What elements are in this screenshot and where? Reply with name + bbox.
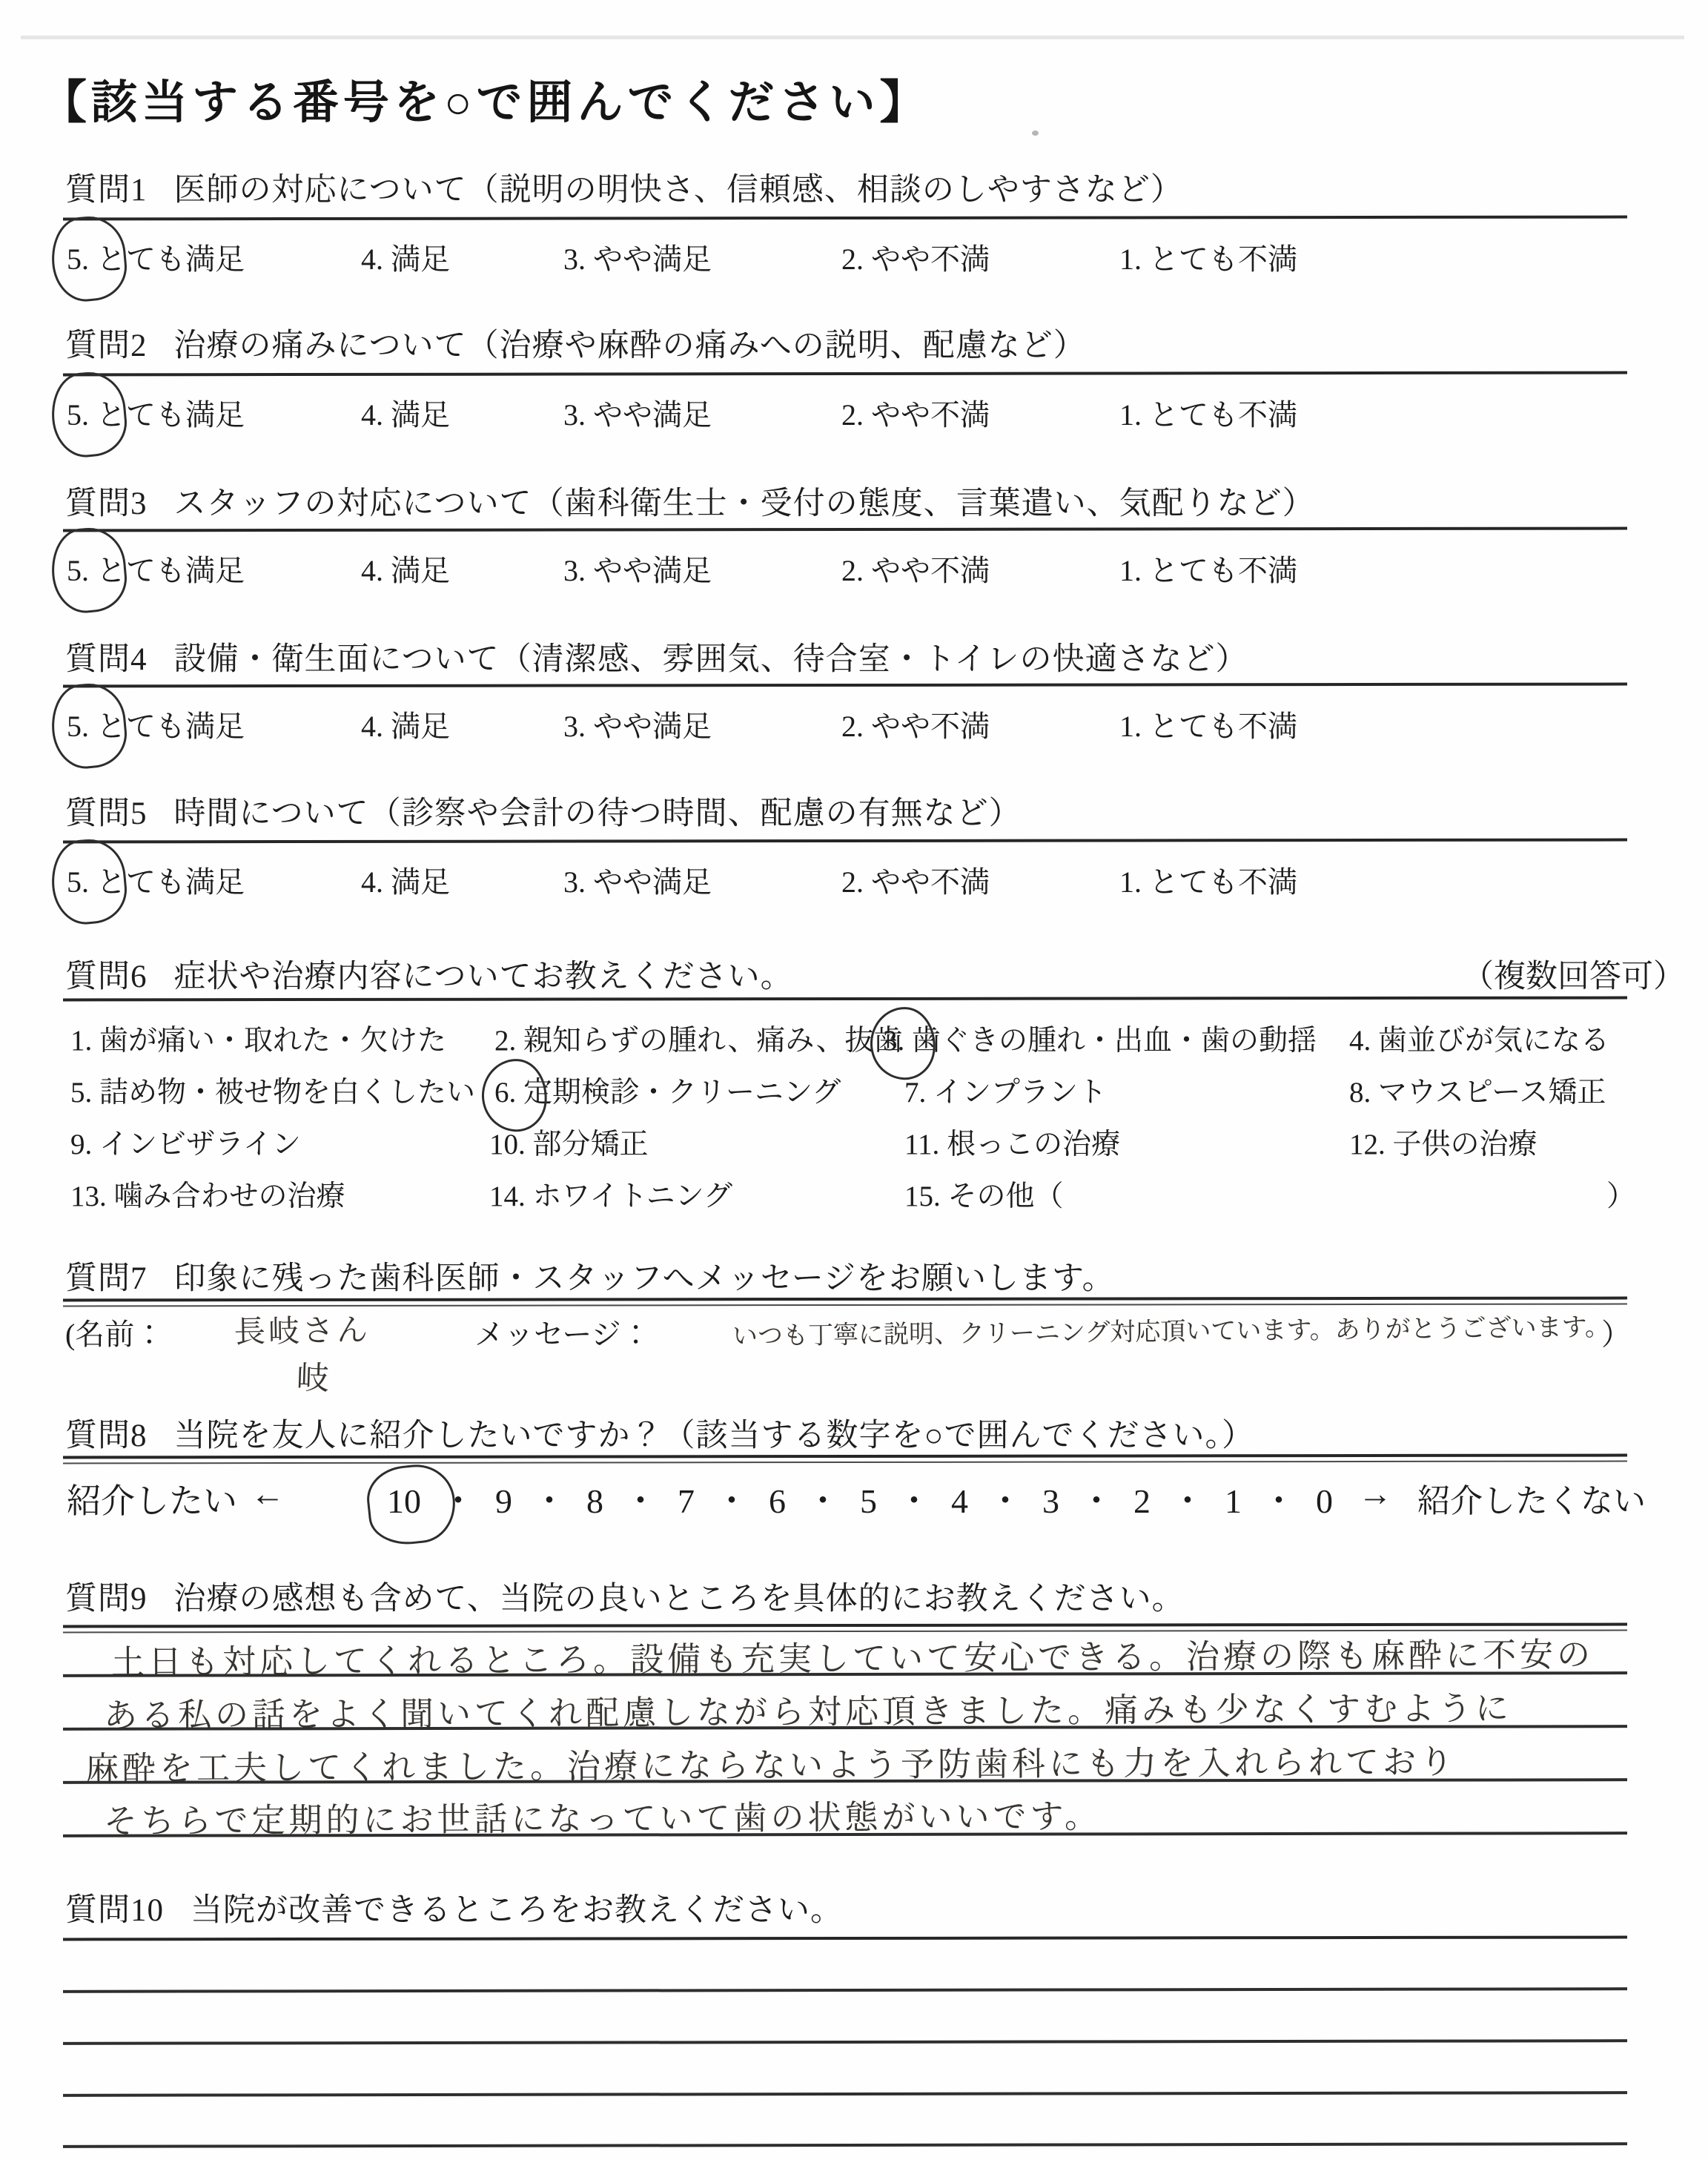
answer-rule-line <box>63 2091 1627 2097</box>
q8-right-label: 紹介したくない <box>1417 1474 1646 1522</box>
question1-option-5: 5. とても満足 <box>67 236 245 278</box>
q8-separator: ・ <box>988 1474 1022 1523</box>
divider-line <box>63 683 1627 688</box>
q6-item-label: 子供の治療 <box>1393 1129 1537 1160</box>
option-label: やや不満 <box>871 865 990 899</box>
question5-id: 質問5 <box>65 796 148 831</box>
q6-item-label: 親知らずの腫れ、痛み、抜歯 <box>523 1025 903 1057</box>
question3-option-1: 1. とても不満 <box>1119 547 1297 589</box>
question1-options-row: 5. とても満足 4. 満足 3. やや満足 2. やや不満 1. とても不満 <box>65 236 1637 282</box>
q8-number-1: 1 <box>1225 1482 1242 1521</box>
q6-item-8: 8. マウスピース矯正 <box>1349 1069 1606 1111</box>
q8-left-arrow: ← <box>251 1474 285 1513</box>
question5-options-row: 5. とても満足 4. 満足 3. やや満足 2. やや不満 1. とても不満 <box>65 859 1637 905</box>
question2-options-row: 5. とても満足 4. 満足 3. やや満足 2. やや不満 1. とても不満 <box>65 392 1637 437</box>
question1-option-2: 2. やや不満 <box>841 236 990 278</box>
question4-options-row: 5. とても満足 4. 満足 3. やや満足 2. やや不満 1. とても不満 <box>65 703 1637 749</box>
q6-item-14: 14. ホワイトニング <box>489 1173 732 1215</box>
q8-number-7: 7 <box>678 1482 695 1521</box>
q6-item-label: 歯並びが気になる <box>1378 1025 1609 1057</box>
question9-title: 質問9治療の感想も含めて、当院の良いところを具体的にお教えください。 <box>65 1573 1185 1619</box>
divider-line <box>63 371 1627 377</box>
question5-option-2: 2. やや不満 <box>841 859 990 901</box>
question4-option-4: 4. 満足 <box>361 703 450 745</box>
q8-number-9: 9 <box>495 1482 512 1521</box>
q8-separator: ・ <box>1079 1474 1113 1523</box>
question5-text: 時間について（診察や会計の待つ時間、配慮の有無など） <box>174 796 1022 831</box>
question8-title: 質問8当院を友人に紹介したいですか？（該当する数字を○で囲んでください。） <box>65 1410 1254 1456</box>
question5-option-4: 4. 満足 <box>361 859 450 901</box>
question4-option-1: 1. とても不満 <box>1119 703 1297 745</box>
q6-other-close-paren: ） <box>1606 1173 1635 1215</box>
divider-line <box>63 997 1627 1002</box>
question1-title: 質問1医師の対応について（説明の明快さ、信頼感、相談のしやすさなど） <box>65 165 1183 210</box>
divider-line <box>63 1454 1627 1464</box>
question1-circle-mark: 5. <box>67 242 89 277</box>
option-label: やや不満 <box>871 710 990 743</box>
q6-item-13: 13. 噛み合わせの治療 <box>70 1173 345 1215</box>
question5-option-3: 3. やや満足 <box>563 859 712 901</box>
question2-circle-mark: 5. <box>67 397 89 432</box>
q6-item-1: 1. 歯が痛い・取れた・欠けた <box>70 1017 446 1059</box>
question2-option-5: 5. とても満足 <box>67 392 245 434</box>
q6-item-label: 部分矯正 <box>533 1129 649 1160</box>
question10-id: 質問10 <box>65 1893 164 1928</box>
q7-name-prefix: (名前： <box>65 1311 164 1353</box>
question4-id: 質問4 <box>65 642 148 677</box>
q8-separator: ・ <box>1171 1474 1205 1523</box>
option-label: 満足 <box>391 242 450 276</box>
q6-item-5: 5. 詰め物・被せ物を白くしたい <box>70 1069 475 1111</box>
option-label: とても不満 <box>1149 710 1297 743</box>
question1-option-4: 4. 満足 <box>361 236 450 278</box>
question4-title: 質問4設備・衛生面について（清潔感、雰囲気、待合室・トイレの快適さなど） <box>65 634 1248 679</box>
q8-number-4: 4 <box>951 1482 968 1521</box>
q6-item-15: 15. その他（ <box>904 1173 1064 1215</box>
q6-item-9: 9. インビザライン <box>70 1121 301 1163</box>
q7-message-handwritten: いつも丁寧に説明、クリーニング対応頂いています。ありがとうございます。 <box>732 1307 1610 1352</box>
q8-number-8: 8 <box>586 1482 603 1521</box>
q7-close-paren: ） <box>1601 1311 1631 1353</box>
answer-rule-line <box>63 1987 1627 1993</box>
question2-option-2: 2. やや不満 <box>841 392 990 434</box>
q8-number-5: 5 <box>860 1482 877 1521</box>
question4-option-2: 2. やや不満 <box>841 703 990 745</box>
question7-id: 質問7 <box>65 1261 148 1296</box>
q6-item-12: 12. 子供の治療 <box>1349 1121 1537 1163</box>
q7-name-handwritten: 長岐さん <box>234 1305 371 1352</box>
divider-line <box>63 527 1627 532</box>
question1-option-1: 1. とても不満 <box>1119 236 1297 278</box>
q6-item-label: 定期検診・クリーニング <box>523 1077 841 1109</box>
question6-id: 質問6 <box>65 960 148 994</box>
option-label: やや満足 <box>593 398 712 432</box>
answer-rule-line <box>63 2039 1627 2045</box>
survey-scan-page: 【該当する番号を○で囲んでください】 質問1医師の対応について（説明の明快さ、信… <box>0 0 1708 2160</box>
question2-option-3: 3. やや満足 <box>563 392 712 434</box>
q6-item-11: 11. 根っこの治療 <box>904 1121 1120 1163</box>
option-label: やや満足 <box>593 710 712 743</box>
question3-option-3: 3. やや満足 <box>563 547 712 589</box>
question4-text: 設備・衛生面について（清潔感、雰囲気、待合室・トイレの快適さなど） <box>174 642 1248 677</box>
question6-note: （複数回答可） <box>1462 951 1685 997</box>
option-label: 満足 <box>391 865 450 899</box>
question3-id: 質問3 <box>65 486 148 521</box>
answer-rule-line <box>63 2142 1627 2148</box>
question2-option-4: 4. 満足 <box>361 392 450 434</box>
option-label: やや不満 <box>871 398 990 432</box>
q6-item-6-circle-mark: 6. <box>494 1076 516 1109</box>
option-label: とても不満 <box>1149 865 1297 899</box>
question2-title: 質問2治療の痛みについて（治療や麻酔の痛みへの説明、配慮など） <box>65 320 1086 366</box>
question5-circle-mark: 5. <box>67 865 89 899</box>
question10-title: 質問10当院が改善できるところをお教えください。 <box>65 1885 843 1930</box>
question4-circle-mark: 5. <box>67 709 89 744</box>
q8-number-6: 6 <box>769 1482 786 1521</box>
q6-item-7: 7. インプラント <box>904 1069 1107 1111</box>
q6-item-label: インプラント <box>933 1077 1107 1109</box>
q7-message-prefix: メッセージ： <box>474 1311 651 1353</box>
scan-artifact-dot <box>1032 131 1039 136</box>
q6-item-label: 歯が痛い・取れた・欠けた <box>99 1025 446 1057</box>
question2-text: 治療の痛みについて（治療や麻酔の痛みへの説明、配慮など） <box>174 328 1086 363</box>
scan-artifact-line <box>21 36 1684 39</box>
question5-option-1: 1. とても不満 <box>1119 859 1297 901</box>
q8-number-0: 0 <box>1316 1482 1333 1521</box>
question7-title: 質問7印象に残った歯科医師・スタッフへメッセージをお願いします。 <box>65 1253 1115 1298</box>
q8-separator: ・ <box>897 1474 931 1523</box>
q8-separator: ・ <box>532 1474 566 1523</box>
divider-line <box>63 1297 1627 1307</box>
q7-name-correction-handwritten: 岐 <box>296 1350 330 1398</box>
question5-title: 質問5時間について（診察や会計の待つ時間、配慮の有無など） <box>65 788 1022 833</box>
question4-option-3: 3. やや満足 <box>563 703 712 745</box>
q6-item-2: 2. 親知らずの腫れ、痛み、抜歯 <box>494 1017 903 1059</box>
option-label: とても不満 <box>1149 398 1297 432</box>
option-label: 満足 <box>391 554 450 587</box>
option-label: とても不満 <box>1149 554 1297 587</box>
question4-option-5: 5. とても満足 <box>67 703 245 745</box>
q8-separator: ・ <box>715 1474 749 1523</box>
q6-item-label: マウスピース矯正 <box>1378 1077 1606 1109</box>
question3-text: スタッフの対応について（歯科衛生士・受付の態度、言葉遣い、気配りなど） <box>174 486 1315 521</box>
question7-text: 印象に残った歯科医師・スタッフへメッセージをお願いします。 <box>174 1261 1115 1296</box>
q6-item-label: その他（ <box>948 1180 1064 1212</box>
q6-item-4: 4. 歯並びが気になる <box>1349 1017 1609 1059</box>
divider-line <box>63 1936 1627 1941</box>
q8-number-scale: 10 ・ 9 ・ 8 ・ 7 ・ 6 ・ 5 ・ 4 ・ 3 ・ 2 ・ 1 ・… <box>387 1474 1333 1523</box>
q6-item-10: 10. 部分矯正 <box>489 1121 649 1163</box>
question3-option-2: 2. やや不満 <box>841 547 990 589</box>
option-label: やや不満 <box>871 554 990 587</box>
question3-option-5: 5. とても満足 <box>67 547 245 589</box>
question6-text: 症状や治療内容についてお教えください。 <box>174 960 793 994</box>
option-label: やや満足 <box>593 865 712 899</box>
q6-item-6: 6. 定期検診・クリーニング <box>494 1069 841 1111</box>
option-label: 満足 <box>391 710 450 743</box>
q6-item-label: 噛み合わせの治療 <box>114 1180 345 1212</box>
q8-separator: ・ <box>1262 1474 1296 1523</box>
q6-item-label: 詰め物・被せ物を白くしたい <box>99 1077 475 1109</box>
question3-title: 質問3スタッフの対応について（歯科衛生士・受付の態度、言葉遣い、気配りなど） <box>65 478 1315 524</box>
q6-item-label: ホワイトニング <box>533 1180 733 1212</box>
question3-options-row: 5. とても満足 4. 満足 3. やや満足 2. やや不満 1. とても不満 <box>65 547 1637 593</box>
question10-text: 当院が改善できるところをお教えください。 <box>191 1893 843 1928</box>
q8-right-arrow: → <box>1358 1474 1392 1513</box>
divider-line <box>63 216 1627 221</box>
divider-line <box>63 839 1627 844</box>
q6-item-3: 3. 歯ぐきの腫れ・出血・歯の動揺 <box>883 1017 1317 1059</box>
question6-title: 質問6症状や治療内容についてお教えください。 <box>65 951 793 997</box>
question8-text: 当院を友人に紹介したいですか？（該当する数字を○で囲んでください。） <box>174 1418 1254 1453</box>
q6-item-label: 根っこの治療 <box>947 1129 1120 1160</box>
option-label: 満足 <box>391 398 450 432</box>
q8-left-label: 紹介したい <box>67 1474 237 1523</box>
question5-option-5: 5. とても満足 <box>67 859 245 901</box>
q8-number-3: 3 <box>1042 1482 1059 1521</box>
question9-text: 治療の感想も含めて、当院の良いところを具体的にお教えください。 <box>174 1582 1185 1616</box>
q6-item-label: 歯ぐきの腫れ・出血・歯の動揺 <box>912 1025 1317 1057</box>
question1-id: 質問1 <box>65 173 148 208</box>
question8-id: 質問8 <box>65 1418 148 1453</box>
option-label: やや不満 <box>871 242 990 276</box>
q8-separator: ・ <box>806 1474 840 1523</box>
q6-item-label: インビザライン <box>99 1129 301 1160</box>
question2-id: 質問2 <box>65 328 148 363</box>
question1-text: 医師の対応について（説明の明快さ、信頼感、相談のしやすさなど） <box>174 173 1183 208</box>
q8-separator: ・ <box>623 1474 658 1523</box>
option-label: やや満足 <box>593 554 712 587</box>
option-label: やや満足 <box>593 242 712 276</box>
question3-option-4: 4. 満足 <box>361 547 450 589</box>
option-label: とても不満 <box>1149 242 1297 276</box>
question3-circle-mark: 5. <box>67 553 89 588</box>
question1-option-3: 3. やや満足 <box>563 236 712 278</box>
form-title: 【該当する番号を○で囲んでください】 <box>41 65 930 131</box>
question2-option-1: 1. とても不満 <box>1119 392 1297 434</box>
q6-item-3-circle-mark: 3. <box>883 1024 904 1057</box>
q8-number-10-circled: 10 <box>387 1482 421 1521</box>
question9-id: 質問9 <box>65 1582 148 1616</box>
q8-number-2: 2 <box>1133 1482 1151 1521</box>
